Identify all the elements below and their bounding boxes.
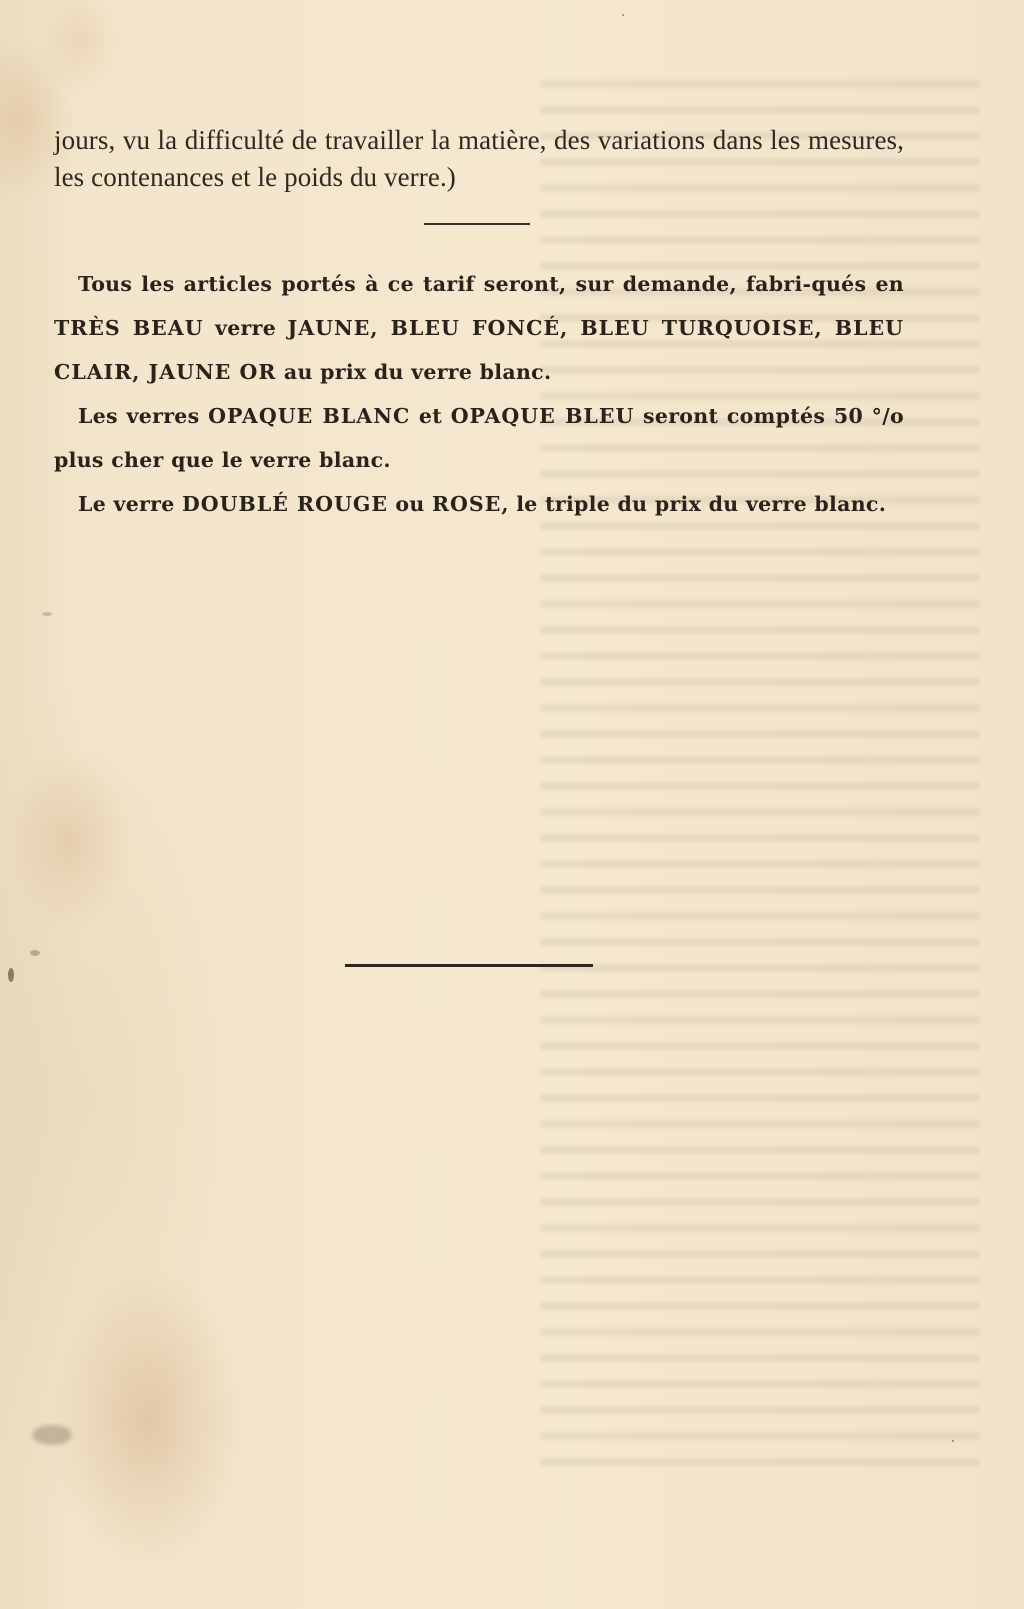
notice-paragraph-colors: Tous les articles portés à ce tarif sero… — [54, 262, 904, 394]
notice-emphasis: ROSE — [432, 492, 501, 516]
notice-text: ou — [388, 492, 432, 516]
notice-emphasis: OPAQUE BLANC — [208, 404, 410, 428]
notice-paragraph-opaque: Les verres OPAQUE BLANC et OPAQUE BLEU s… — [54, 394, 904, 482]
notice-emphasis: DOUBLÉ ROUGE — [182, 492, 388, 516]
intro-text: jours, vu la difficulté de travailler la… — [54, 125, 904, 192]
section-divider-short — [424, 223, 530, 225]
notice-text: , le triple du prix du verre blanc. — [501, 492, 886, 516]
foxing-speck — [30, 950, 40, 956]
foxing-speck — [8, 968, 14, 982]
foxing-speck — [42, 612, 52, 616]
foxing-speck — [622, 14, 624, 16]
foxing-speck — [952, 1440, 954, 1442]
notice-text: et — [410, 404, 450, 428]
end-divider-long — [345, 964, 593, 967]
notice-text: Le verre — [78, 492, 182, 516]
notice-text: au prix du verre blanc. — [276, 360, 551, 384]
color-glass-notice: Tous les articles portés à ce tarif sero… — [54, 262, 904, 526]
notice-text: verre — [204, 316, 288, 340]
notice-text: Tous les articles portés à ce tarif sero… — [78, 272, 904, 296]
notice-paragraph-double: Le verre DOUBLÉ ROUGE ou ROSE, le triple… — [54, 482, 904, 526]
foxing-speck — [32, 1425, 72, 1445]
notice-text: Les verres — [78, 404, 208, 428]
notice-emphasis: TRÈS BEAU — [54, 316, 204, 340]
intro-paragraph: jours, vu la difficulté de travailler la… — [54, 122, 904, 196]
notice-emphasis: OPAQUE BLEU — [451, 404, 635, 428]
